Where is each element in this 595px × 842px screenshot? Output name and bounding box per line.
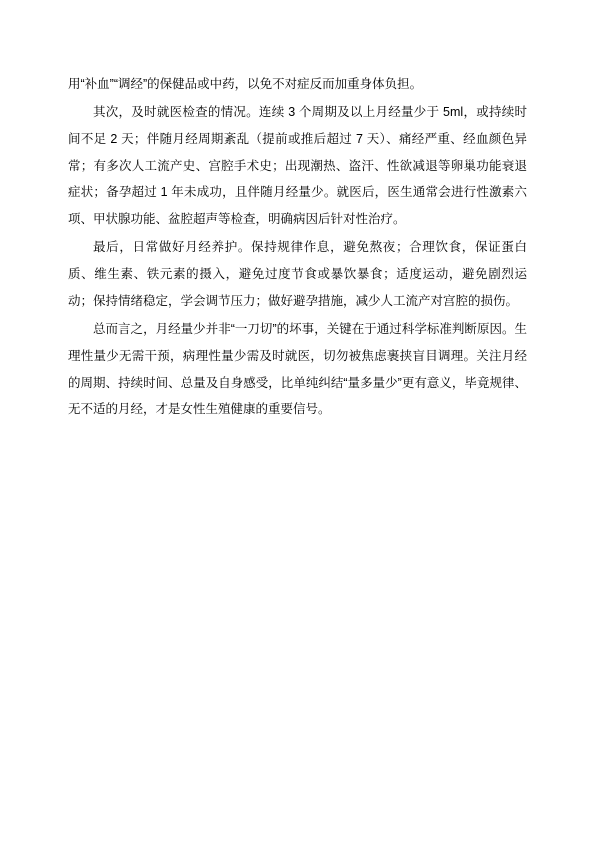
paragraph-continuation: 用“补血”“调经”的保健品或中药，以免不对症反而加重身体负担。 bbox=[68, 71, 527, 98]
paragraph-conclusion: 总而言之，月经量少并非“一刀切”的坏事，关键在于通过科学标准判断原因。生理性量少… bbox=[68, 316, 527, 423]
paragraph-when-to-see-doctor: 其次，及时就医检查的情况。连续 3 个周期及以上月经量少于 5ml，或持续时间不… bbox=[68, 99, 527, 233]
paragraph-daily-care: 最后，日常做好月经养护。保持规律作息，避免熬夜；合理饮食，保证蛋白质、维生素、铁… bbox=[68, 234, 527, 314]
document-body: 用“补血”“调经”的保健品或中药，以免不对症反而加重身体负担。 其次，及时就医检… bbox=[68, 71, 527, 425]
document-page: 用“补血”“调经”的保健品或中药，以免不对症反而加重身体负担。 其次，及时就医检… bbox=[0, 0, 595, 842]
